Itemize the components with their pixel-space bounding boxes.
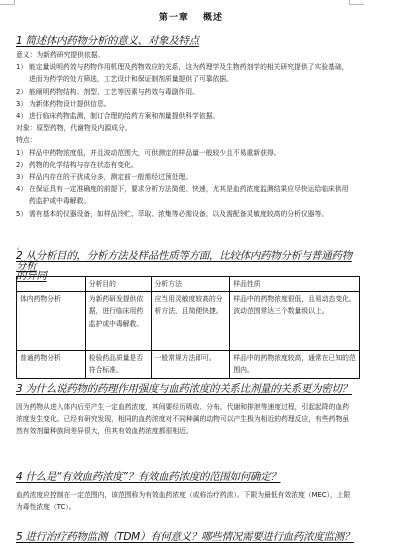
section-1-body: 意义：为新药研究提供依据。 1） 能定量说明药效与药物作用机理及药物效应的关系，…: [16, 49, 351, 220]
object-label: 对象：原型药物，代谢物及内源成分。: [16, 122, 351, 134]
feature-item-4: 4） 在保证具有一定准确度的前提下，要求分析方法简便、快速，尤其是血药浓度监测结…: [16, 183, 351, 207]
table-header-cell: [17, 277, 86, 292]
table-header-cell: 分析方法: [151, 277, 230, 292]
features-label: 特点：: [16, 134, 351, 146]
meaning-item-4: 4） 进行临床药物监测，制订合理的给药方案和剂量提供科学依据。: [16, 110, 351, 122]
meaning-item-1: 1） 能定量说明药效与药物作用机理及药物效应的关系，这为药理学及生物药剂学的相关…: [16, 61, 351, 85]
table-cell: 检验药品质量是否符合标准。: [85, 351, 151, 378]
section-3-body: 因为药物从进入体内后至产生一定血药浓度，其间要经历吸收、分布、代谢和排泄等速度过…: [16, 401, 351, 438]
table-row: 普通药物分析 检验药品质量是否符合标准。 一般常规方法即可。 样品中的药物浓度较…: [17, 351, 360, 378]
feature-item-3: 3） 样品内存在的干扰成分多，测定前一般需经过预处理。: [16, 171, 351, 183]
table-header-row: 分析目的 分析方法 样品性质: [17, 277, 360, 292]
comparison-table: 分析目的 分析方法 样品性质 体内药物分析 为新药研发提供依据，进行临床用药监护…: [16, 276, 360, 379]
section-5-heading: 5 进行治疗药物监测（TDM）有何意义？哪些情况需要进行血药浓度监测？: [16, 529, 354, 544]
section-3-heading: 3 为什么说药物的药理作用强度与血药浓度的关系比剂量的关系更为密切？: [16, 381, 352, 396]
meaning-label: 意义：为新药研究提供依据。: [16, 49, 351, 61]
table-cell: 样品中的药物浓度较高，通常在已知的范围内。: [230, 351, 360, 378]
meaning-item-2: 2） 能阐明药物结构、剂型、工艺等因素与药效与毒副作用。: [16, 86, 351, 98]
section-4-body: 血药浓度应控制在一定范围内，该范围称为有效血药浓度（或称治疗药浓）。下限为最低有…: [16, 489, 351, 513]
page-corner-mark-right: [349, 0, 364, 5]
table-cell: 一般常规方法即可。: [151, 351, 230, 378]
table-cell: 体内药物分析: [17, 292, 86, 351]
table-header-cell: 分析目的: [85, 277, 151, 292]
table-cell: 样品中的药物浓度很低，且易动态变化，波动范围常达三个数量级以上。: [230, 292, 360, 351]
table-cell: 普通药物分析: [17, 351, 86, 378]
feature-item-1: 1） 样品中药物浓度低，并且波动范围大，可供测定的样品量一般较少且不易重新获得。: [16, 147, 351, 159]
table-cell: 为新药研发提供依据，进行临床用药监护或中毒解救。: [85, 292, 151, 351]
feature-item-2: 2） 药物的化学结构与存在状态有变化。: [16, 159, 351, 171]
table-header-cell: 样品性质: [230, 277, 360, 292]
section-4-heading: 4 什么是“有效血药浓度”？有效血药浓度的范围如何确定？: [16, 469, 281, 484]
feature-item-5: 5） 需有基本的仪器设备，如样品冷贮、萃取、浓集等必需设备，以及需配备灵敏度较高…: [16, 208, 351, 220]
chapter-title: 第一章 概述: [16, 10, 366, 23]
table-row: 体内药物分析 为新药研发提供依据，进行临床用药监护或中毒解救。 应当用灵敏度较高…: [17, 292, 360, 351]
section-1-heading: 1 简述体内药物分析的意义、对象及特点: [16, 33, 199, 48]
page-corner-mark-left: [0, 0, 15, 5]
meaning-item-3: 3） 为新体药物设计提供信息。: [16, 98, 351, 110]
table-cell: 应当用灵敏度较高的分析方法，且简便快捷。: [151, 292, 230, 351]
